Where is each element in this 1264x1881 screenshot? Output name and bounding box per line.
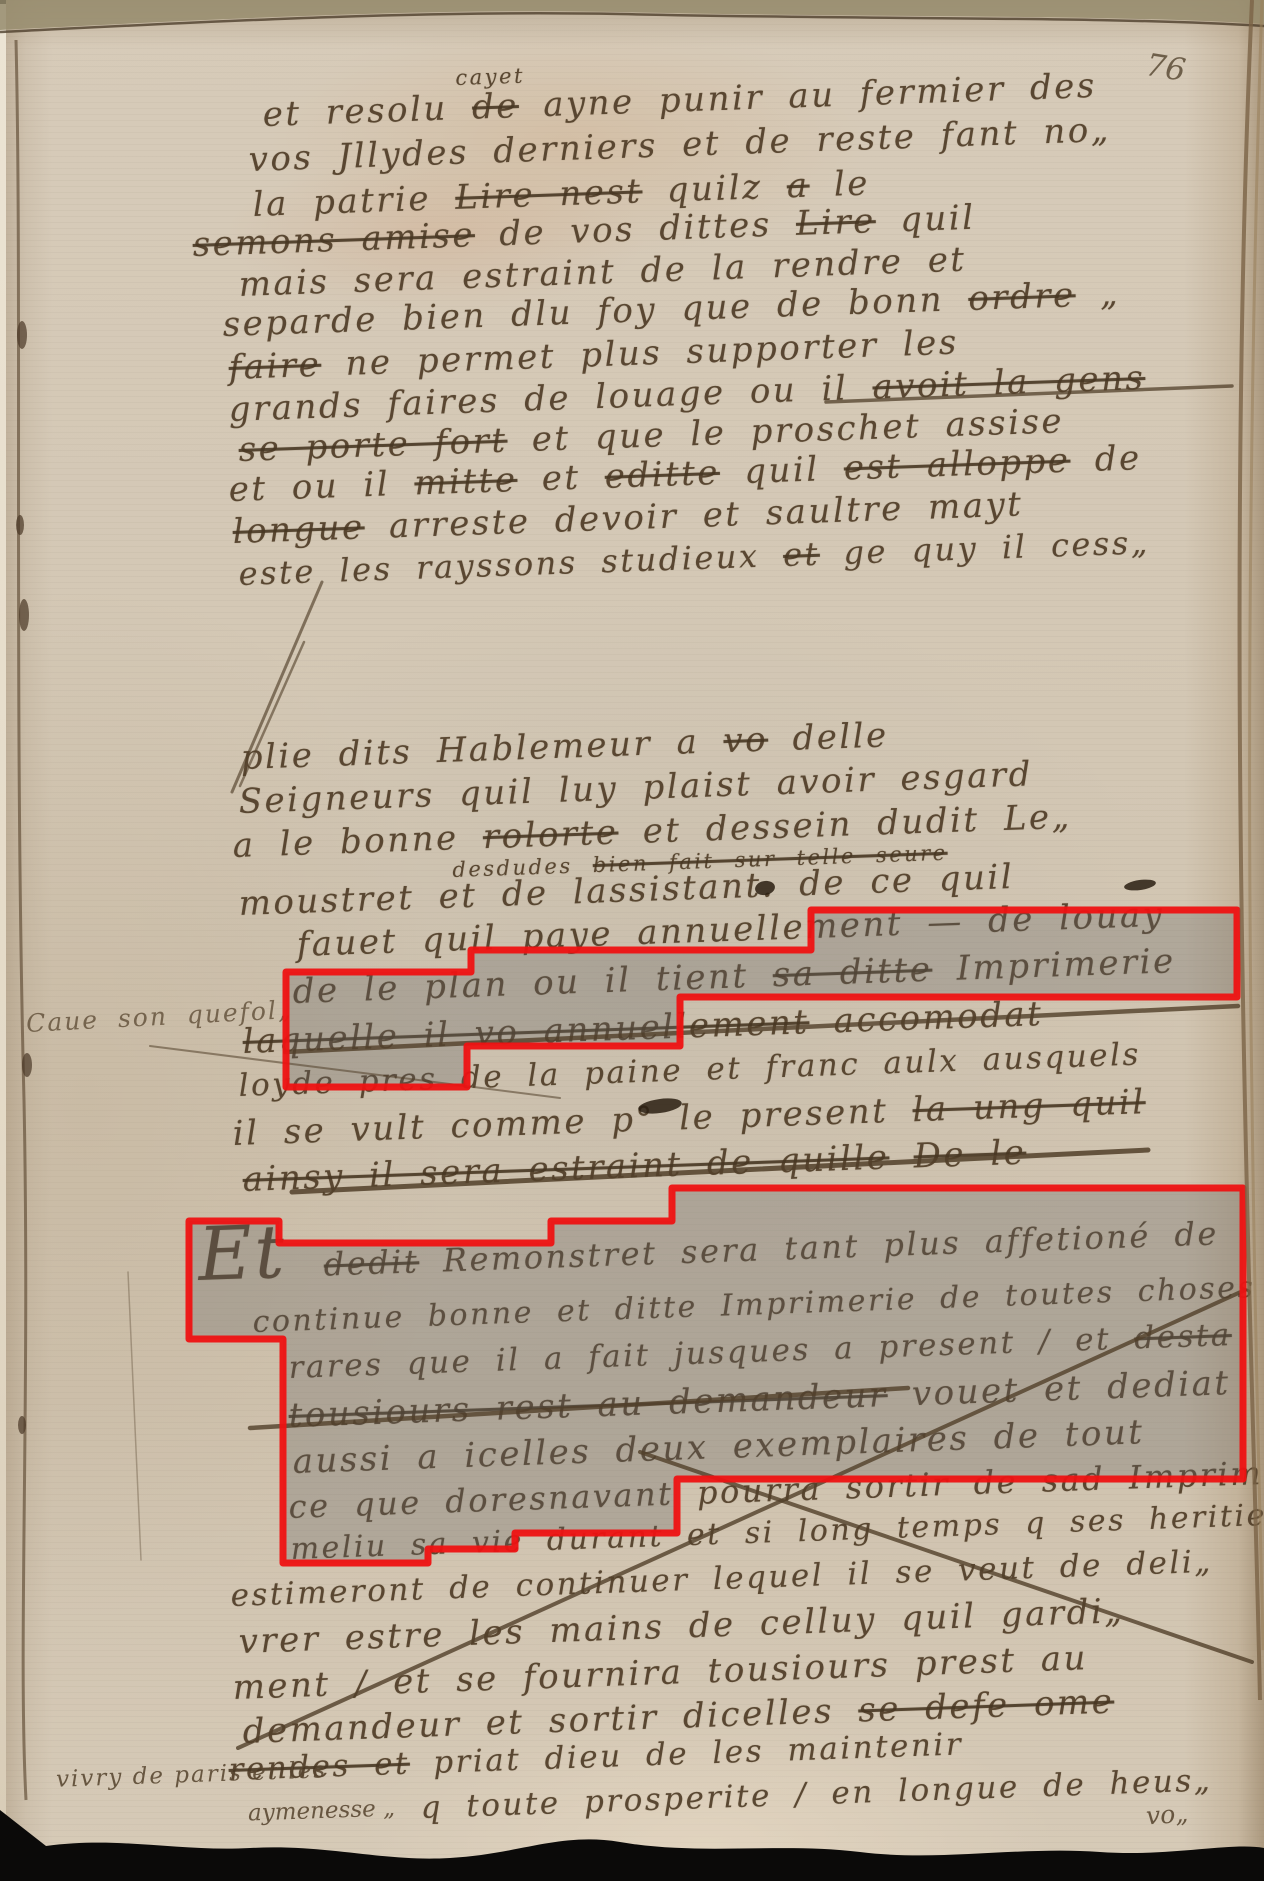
- ink-blot-2: [1123, 878, 1156, 892]
- manuscript-scan: cayetet resolu de ayne punir au fermier …: [0, 0, 1264, 1881]
- ink-stroke-3: [232, 582, 322, 792]
- gutter-tear-line: [16, 40, 26, 1800]
- ink-stroke-8: [826, 386, 1232, 402]
- annotation-and-edges-overlay: [0, 0, 1264, 1881]
- ink-blot-1: [754, 879, 776, 896]
- highlight-washes: [189, 910, 1243, 1563]
- page-bottom-tear: [0, 1810, 1264, 1881]
- ink-stroke-4: [240, 642, 304, 786]
- ink-stroke-2: [640, 1452, 1252, 1662]
- ink-blot-3: [637, 1096, 683, 1116]
- ink-stroke-9: [128, 1272, 141, 1560]
